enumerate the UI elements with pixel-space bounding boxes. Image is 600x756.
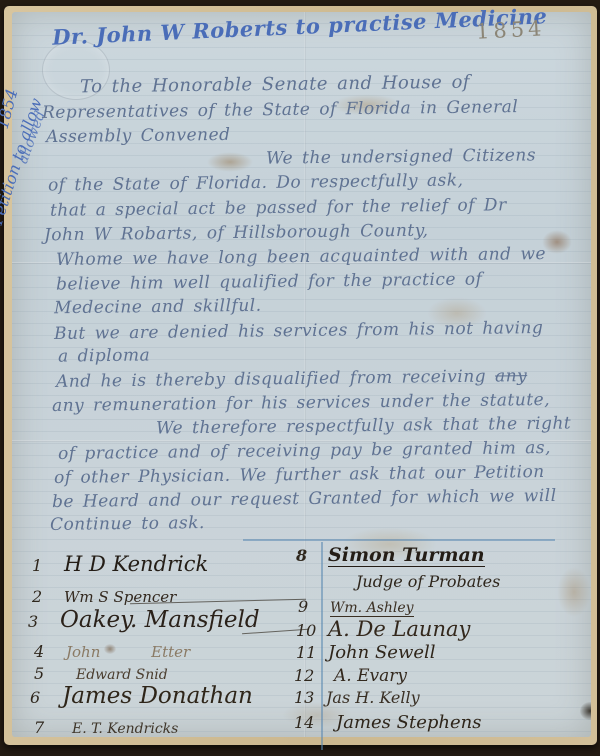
signature-row: 12A. Evary	[294, 666, 407, 686]
signature-divider-horizontal	[243, 539, 555, 541]
signature-name: James Donathan	[62, 683, 253, 709]
signature-row: 9Wm. Ashley	[298, 597, 414, 616]
signature-number: 2	[32, 587, 56, 606]
signature-number: 10	[296, 621, 320, 640]
signature-number: 8	[296, 546, 320, 565]
signature-row: 13Jas H. Kelly	[294, 688, 420, 707]
ink-blot	[580, 702, 591, 720]
signature-number: 7	[34, 718, 58, 737]
signature-row: 1H D Kendrick	[32, 552, 208, 576]
stain	[557, 567, 591, 617]
petition-line: Medecine and skillful.	[54, 296, 262, 319]
petition-line: Continue to ask.	[50, 513, 205, 535]
signature-number: 4	[34, 642, 58, 661]
signature-name: A. De Launay	[328, 617, 470, 641]
signature-title: Judge of Probates	[356, 572, 500, 591]
signature-name: John Sewell	[328, 642, 436, 663]
signature-row: 11John Sewell	[296, 642, 436, 663]
signature-number: 13	[294, 688, 318, 707]
signature-name: Oakey. Mansfield	[60, 607, 260, 633]
signature-name: A. Evary	[334, 666, 407, 686]
signature-name: Edward Snid	[76, 667, 168, 683]
signature-row: 7E. T. Kendricks	[34, 718, 178, 737]
signature-name: Simon Turman	[328, 544, 485, 567]
signature-number: 14	[294, 713, 318, 732]
signature-row: 10A. De Launay	[296, 617, 470, 641]
stain	[542, 230, 572, 254]
signature-row: 4John Etter	[34, 642, 190, 661]
petition-line: Assembly Convened	[46, 125, 231, 147]
signature-number: 1	[32, 556, 56, 575]
signature-row: 3Oakey. Mansfield	[28, 607, 260, 633]
signature-row: 6James Donathan	[30, 683, 253, 709]
signature-row: 14James Stephens	[294, 712, 481, 733]
year-stamp: 1854	[475, 16, 546, 44]
signature-number: 3	[28, 612, 52, 631]
signature-number: 5	[34, 664, 58, 683]
signature-name: James Stephens	[336, 712, 481, 733]
struck-word: any	[495, 366, 527, 386]
signature-name: H D Kendrick	[64, 552, 208, 576]
petition-line: a diploma	[58, 345, 150, 366]
signature-number: 6	[30, 688, 54, 707]
signature-name: John Etter	[66, 643, 190, 661]
petition-line: We the undersigned Citizens	[266, 145, 536, 168]
stain	[207, 152, 253, 172]
signature-row: 8Simon Turman	[296, 544, 485, 566]
signature-number: 12	[294, 666, 318, 685]
petition-document-scan: Dr. John W Roberts to practise Medicine …	[0, 0, 600, 756]
signature-row: 5Edward Snid	[34, 664, 168, 683]
signature-name: Wm. Ashley	[330, 600, 414, 617]
signature-number: 11	[296, 643, 320, 662]
signature-name: E. T. Kendricks	[72, 721, 178, 737]
signature-name: Jas H. Kelly	[326, 688, 420, 707]
signature-number: 9	[298, 597, 322, 616]
